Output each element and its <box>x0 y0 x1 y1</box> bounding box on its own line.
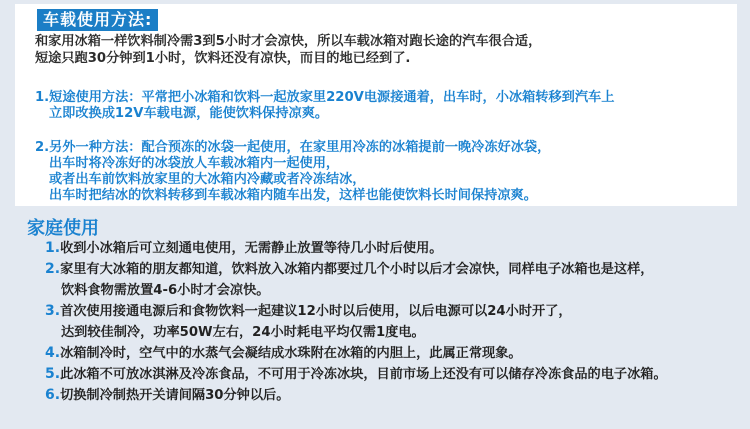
item-number: 2. <box>45 261 60 277</box>
item-number: 6. <box>45 387 60 403</box>
method-line: 2.另外一种方法：配合预冻的冰袋一起使用，在家里用冷冻的冰箱提前一晚冷冻好冰袋， <box>35 140 550 156</box>
item-number: 3. <box>45 303 60 319</box>
list-item: 3.首次使用接通电源后和食物饮料一起建议12小时以后使用，以后电源可以24小时开… <box>45 301 667 322</box>
list-item: 饮料食物需放置4-6小时才会凉快。 <box>45 280 667 301</box>
home-usage-title: 家庭使用 <box>27 214 99 240</box>
list-item: 5.此冰箱不可放冰淇淋及冷冻食品，不可用于冷冻冰块，目前市场上还没有可以储存冷冻… <box>45 364 667 385</box>
home-usage-list: 1.收到小冰箱后可立刻通电使用，无需静止放置等待几小时后使用。 2.家里有大冰箱… <box>45 238 667 406</box>
intro-line: 和家用冰箱一样饮料制冷需3到5小时才会凉快，所以车载冰箱对跑长途的汽车很合适， <box>35 33 541 50</box>
method-ice-pack: 2.另外一种方法：配合预冻的冰袋一起使用，在家里用冷冻的冰箱提前一晚冷冻好冰袋，… <box>35 140 550 204</box>
item-number: 4. <box>45 345 60 361</box>
list-item: 达到较佳制冷，功率50W左右，24小时耗电平均仅需1度电。 <box>45 322 667 343</box>
list-item: 2.家里有大冰箱的朋友都知道，饮料放入冰箱内都要过几个小时以后才会凉快，同样电子… <box>45 259 667 280</box>
item-text: 冰箱制冷时，空气中的水蒸气会凝结成水珠附在冰箱的内胆上，此属正常现象。 <box>60 346 522 361</box>
method-line: 立即改换成12V车载电源，能使饮料保持凉爽。 <box>35 106 614 122</box>
item-text: 饮料食物需放置4-6小时才会凉快。 <box>61 283 269 298</box>
intro-line: 短途只跑30分钟到1小时，饮料还没有凉快，而目的地已经到了. <box>35 50 541 67</box>
item-number: 1. <box>45 240 60 256</box>
item-number: 5. <box>45 366 60 382</box>
car-usage-card: 车载使用方法: 和家用冰箱一样饮料制冷需3到5小时才会凉快，所以车载冰箱对跑长途… <box>15 4 737 206</box>
car-usage-title: 车载使用方法: <box>37 9 158 31</box>
list-item: 6.切换制冷制热开关请间隔30分钟以后。 <box>45 385 667 406</box>
item-text: 收到小冰箱后可立刻通电使用，无需静止放置等待几小时后使用。 <box>60 241 442 256</box>
method-line: 出车时把结冰的饮料转移到车载冰箱内随车出发，这样也能使饮料长时间保持凉爽。 <box>35 188 550 204</box>
list-item: 4.冰箱制冷时，空气中的水蒸气会凝结成水珠附在冰箱的内胆上，此属正常现象。 <box>45 343 667 364</box>
item-text: 此冰箱不可放冰淇淋及冷冻食品，不可用于冷冻冰块，目前市场上还没有可以储存冷冻食品… <box>60 367 667 382</box>
list-item: 1.收到小冰箱后可立刻通电使用，无需静止放置等待几小时后使用。 <box>45 238 667 259</box>
item-text: 达到较佳制冷，功率50W左右，24小时耗电平均仅需1度电。 <box>61 325 425 340</box>
method-short-trip: 1.短途使用方法：平常把小冰箱和饮料一起放家里220V电源接通着，出车时，小冰箱… <box>35 90 614 122</box>
method-line: 出车时将冷冻好的冰袋放人车载冰箱内一起使用， <box>35 156 550 172</box>
method-line: 1.短途使用方法：平常把小冰箱和饮料一起放家里220V电源接通着，出车时，小冰箱… <box>35 90 614 106</box>
item-text: 家里有大冰箱的朋友都知道，饮料放入冰箱内都要过几个小时以后才会凉快，同样电子冰箱… <box>60 262 653 277</box>
car-usage-intro: 和家用冰箱一样饮料制冷需3到5小时才会凉快，所以车载冰箱对跑长途的汽车很合适， … <box>35 33 541 67</box>
item-text: 首次使用接通电源后和食物饮料一起建议12小时以后使用，以后电源可以24小时开了， <box>60 304 571 319</box>
item-text: 切换制冷制热开关请间隔30分钟以后。 <box>60 388 289 403</box>
method-line: 或者出车前饮料放家里的大冰箱内冷藏或者冷冻结冰， <box>35 172 550 188</box>
